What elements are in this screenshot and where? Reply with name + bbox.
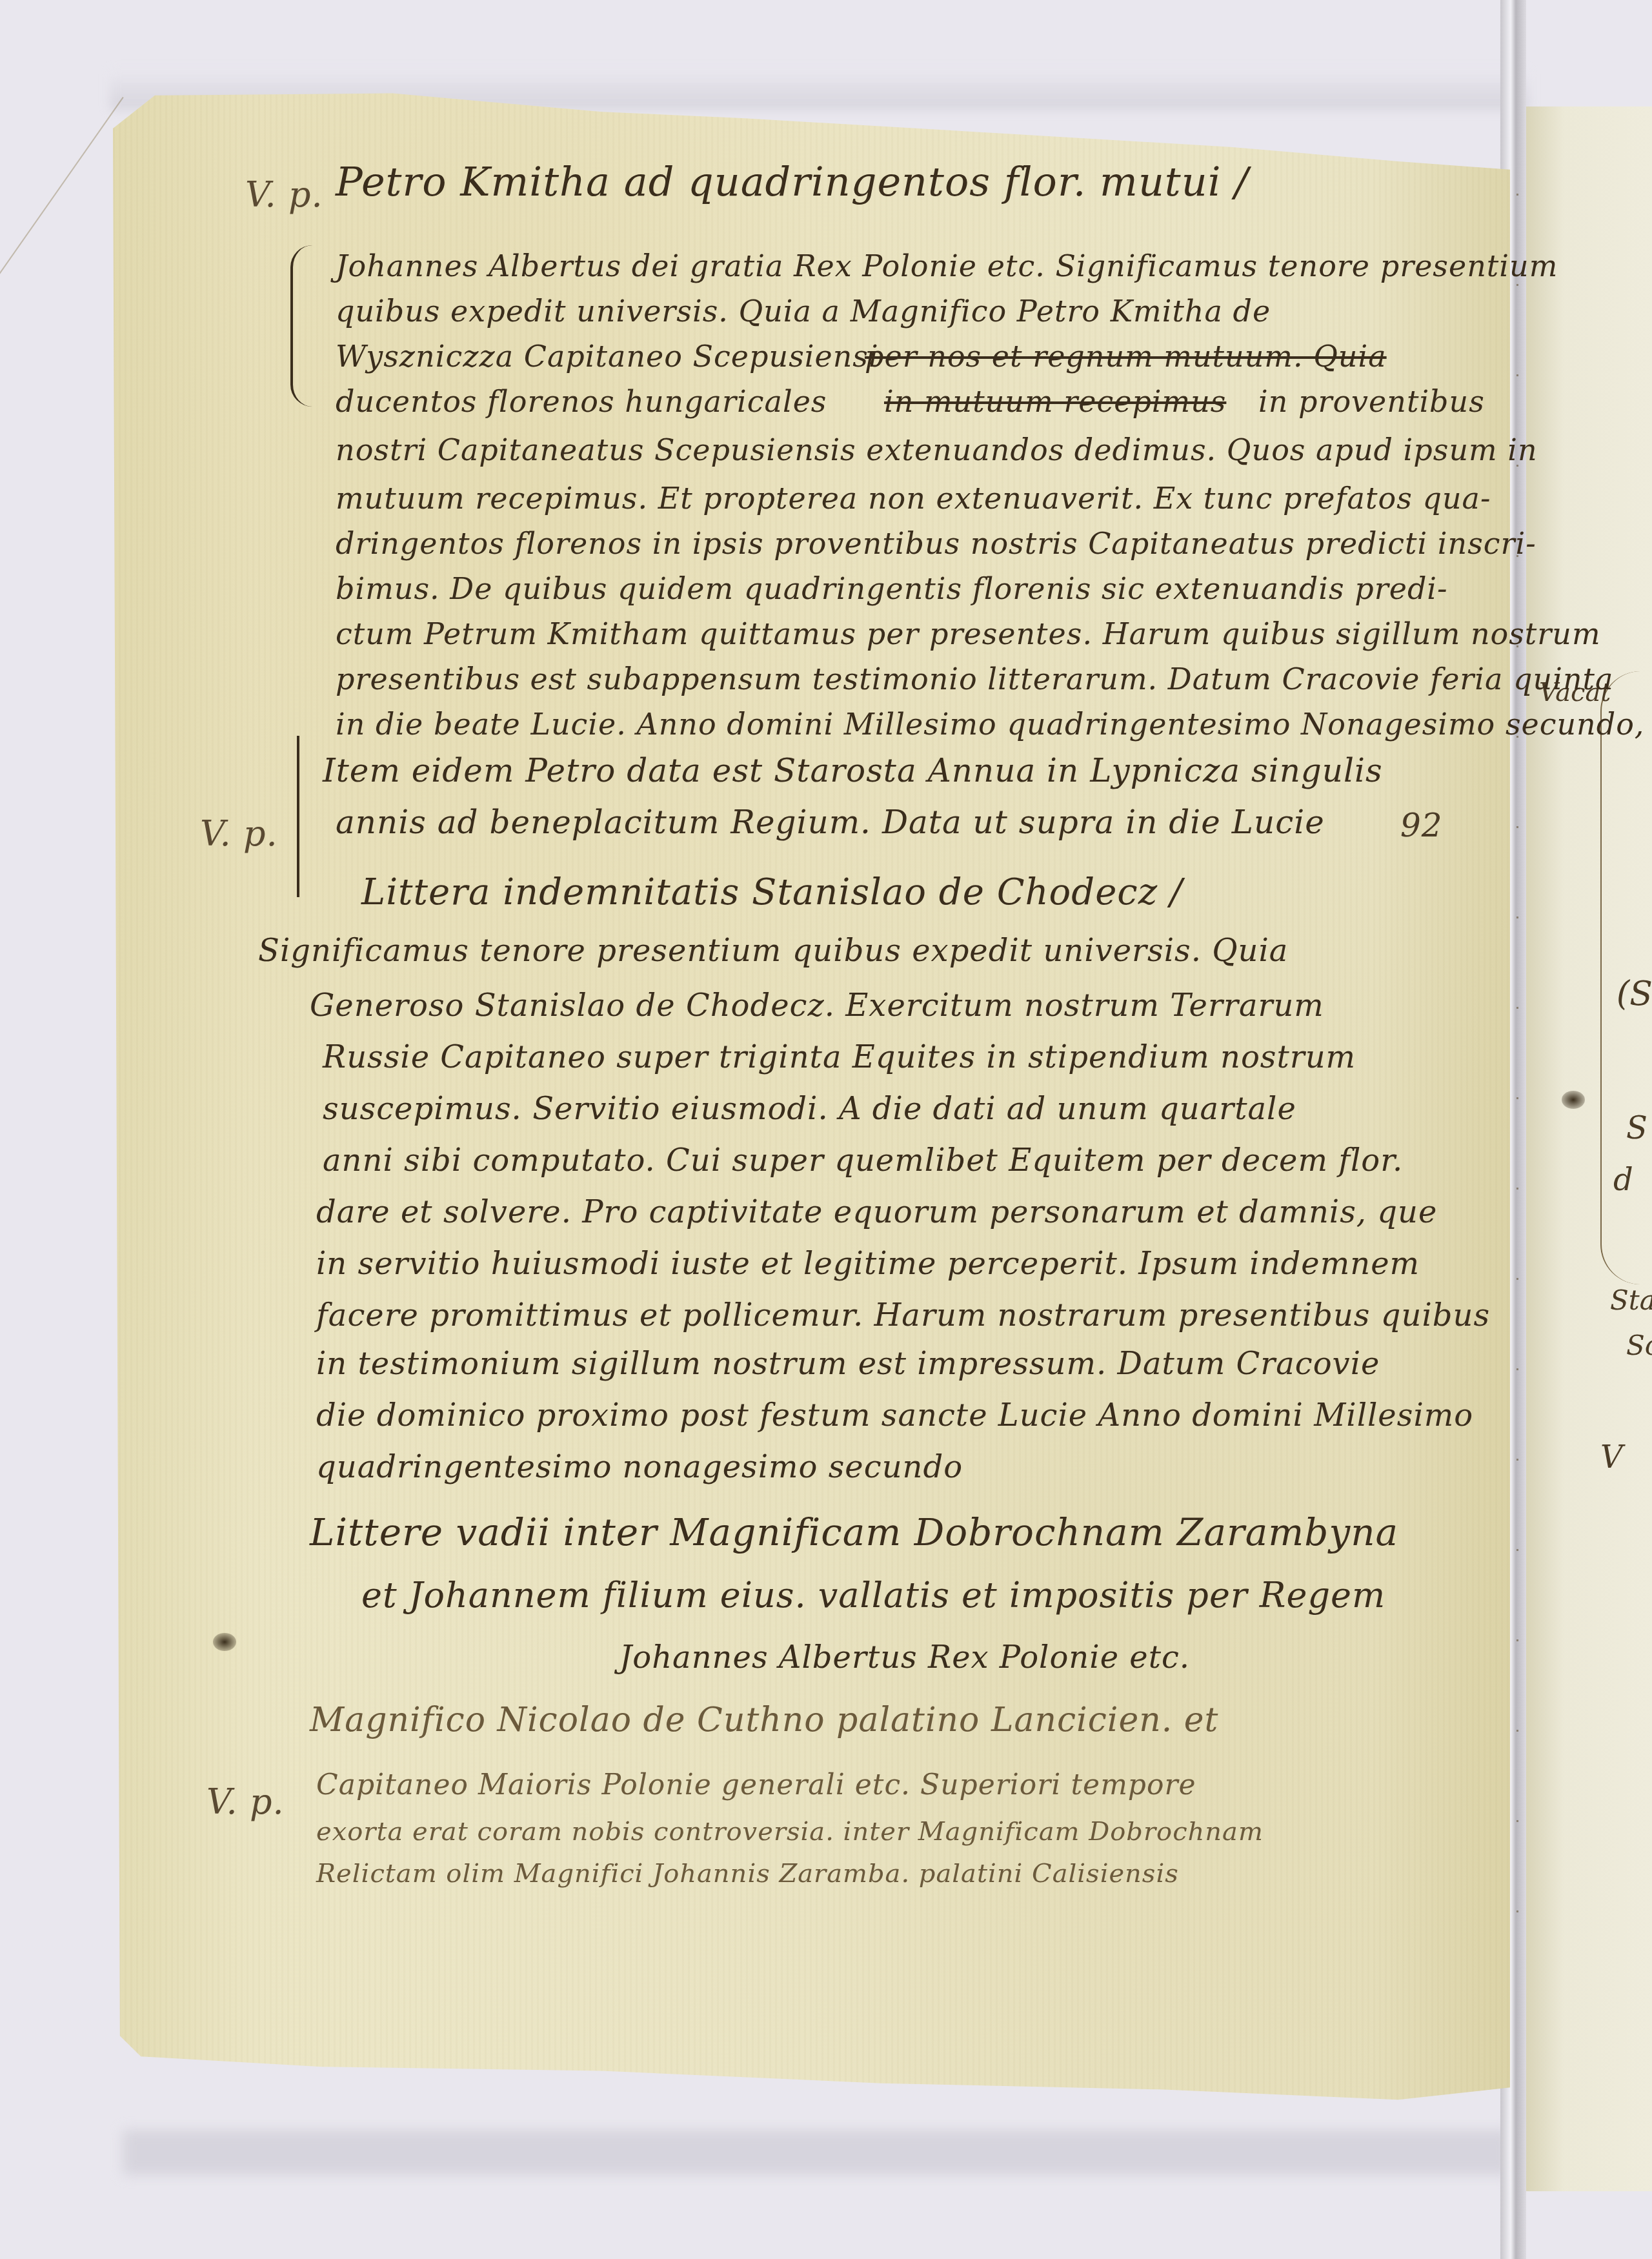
text-line: in testimonium sigillum nostrum est impr… <box>316 1346 1380 1382</box>
text-line: Magnifico Nicolao de Cuthno palatino Lan… <box>310 1701 1218 1739</box>
right-note-4: S <box>1626 1110 1647 1146</box>
text-line: nostri Capitaneatus Scepusiensis extenua… <box>336 432 1538 467</box>
text-line: Item eidem Petro data est Starosta Annua… <box>323 752 1383 789</box>
right-note-7: V <box>1600 1439 1623 1475</box>
right-note-3: d <box>1613 1162 1633 1198</box>
text-line: exorta erat coram nobis controversia. in… <box>316 1817 1264 1847</box>
entry-4-heading-2: et Johannem filium eius. vallatis et imp… <box>361 1575 1385 1616</box>
text-line: in die beate Lucie. Anno domini Millesim… <box>336 707 1645 742</box>
struck-text: per nos et regnum mutuum. Quia <box>865 339 1387 374</box>
right-note-5: Sta <box>1610 1284 1652 1316</box>
right-note-6: So <box>1626 1330 1652 1361</box>
text-line: mutuum recepimus. Et propterea non exten… <box>336 481 1491 516</box>
ink-blot-right <box>1562 1091 1585 1109</box>
text-line: ctum Petrum Kmitham quittamus per presen… <box>336 616 1601 651</box>
page-shadow-bottom <box>123 2130 1510 2175</box>
text-line: Relictam olim Magnifici Johannis Zaramba… <box>316 1859 1179 1889</box>
margin-note-2: V. p. <box>200 813 278 854</box>
text-line: facere promittimus et pollicemur. Harum … <box>316 1297 1490 1333</box>
text-line: annis ad beneplacitum Regium. Data ut su… <box>336 804 1325 841</box>
text-line: die dominico proximo post festum sancte … <box>316 1397 1473 1433</box>
text-line: quadringentesimo nonagesimo secundo <box>316 1449 963 1485</box>
text-line: Capitaneo Maioris Polonie generali etc. … <box>316 1768 1196 1801</box>
text-line: presentibus est subappensum testimonio l… <box>336 662 1613 696</box>
text-line: Wyszniczza Capitaneo Scepusiensi <box>336 339 879 374</box>
text-line: suscepimus. Servitio eiusmodi. A die dat… <box>323 1091 1296 1127</box>
ink-blot <box>213 1633 236 1651</box>
text-line: quibus expedit universis. Quia a Magnifi… <box>336 294 1271 329</box>
text-line: in servitio huiusmodi iuste et legitime … <box>316 1246 1420 1282</box>
struck-text: in mutuum recepimus <box>884 384 1226 419</box>
text-line: dringentos florenos in ipsis proventibus… <box>336 526 1536 561</box>
entry-4-heading: Littere vadii inter Magnificam Dobrochna… <box>310 1510 1398 1554</box>
entry-1-bracket <box>290 245 312 407</box>
text-line: anni sibi computato. Cui super quemlibet… <box>323 1142 1403 1179</box>
year-annotation: 92 <box>1400 807 1443 844</box>
entry-3-heading: Littera indemnitatis Stanislao de Chodec… <box>361 871 1183 913</box>
entry-1-heading: Petro Kmitha ad quadringentos flor. mutu… <box>336 158 1249 205</box>
text-line: bimus. De quibus quidem quadringentis fl… <box>336 571 1448 606</box>
margin-note-1: V. p. <box>245 174 323 215</box>
text-line: dare et solvere. Pro captivitate equorum… <box>316 1194 1437 1230</box>
margin-note-3: V. p. <box>206 1781 285 1822</box>
entry-2-bracket <box>297 736 312 897</box>
text-line: Russie Capitaneo super triginta Equites … <box>323 1039 1356 1075</box>
text-line: ducentos florenos hungaricales <box>336 384 827 419</box>
right-note-2: (S <box>1617 975 1652 1013</box>
text-line: in proventibus <box>1258 384 1485 419</box>
text-line: Generoso Stanislao de Chodecz. Exercitum… <box>310 988 1324 1024</box>
text-line: Johannes Albertus dei gratia Rex Polonie… <box>336 248 1558 283</box>
text-line: Significamus tenore presentium quibus ex… <box>258 933 1288 969</box>
text-line: Johannes Albertus Rex Polonie etc. <box>619 1639 1190 1676</box>
corner-fold-crease <box>0 97 124 891</box>
